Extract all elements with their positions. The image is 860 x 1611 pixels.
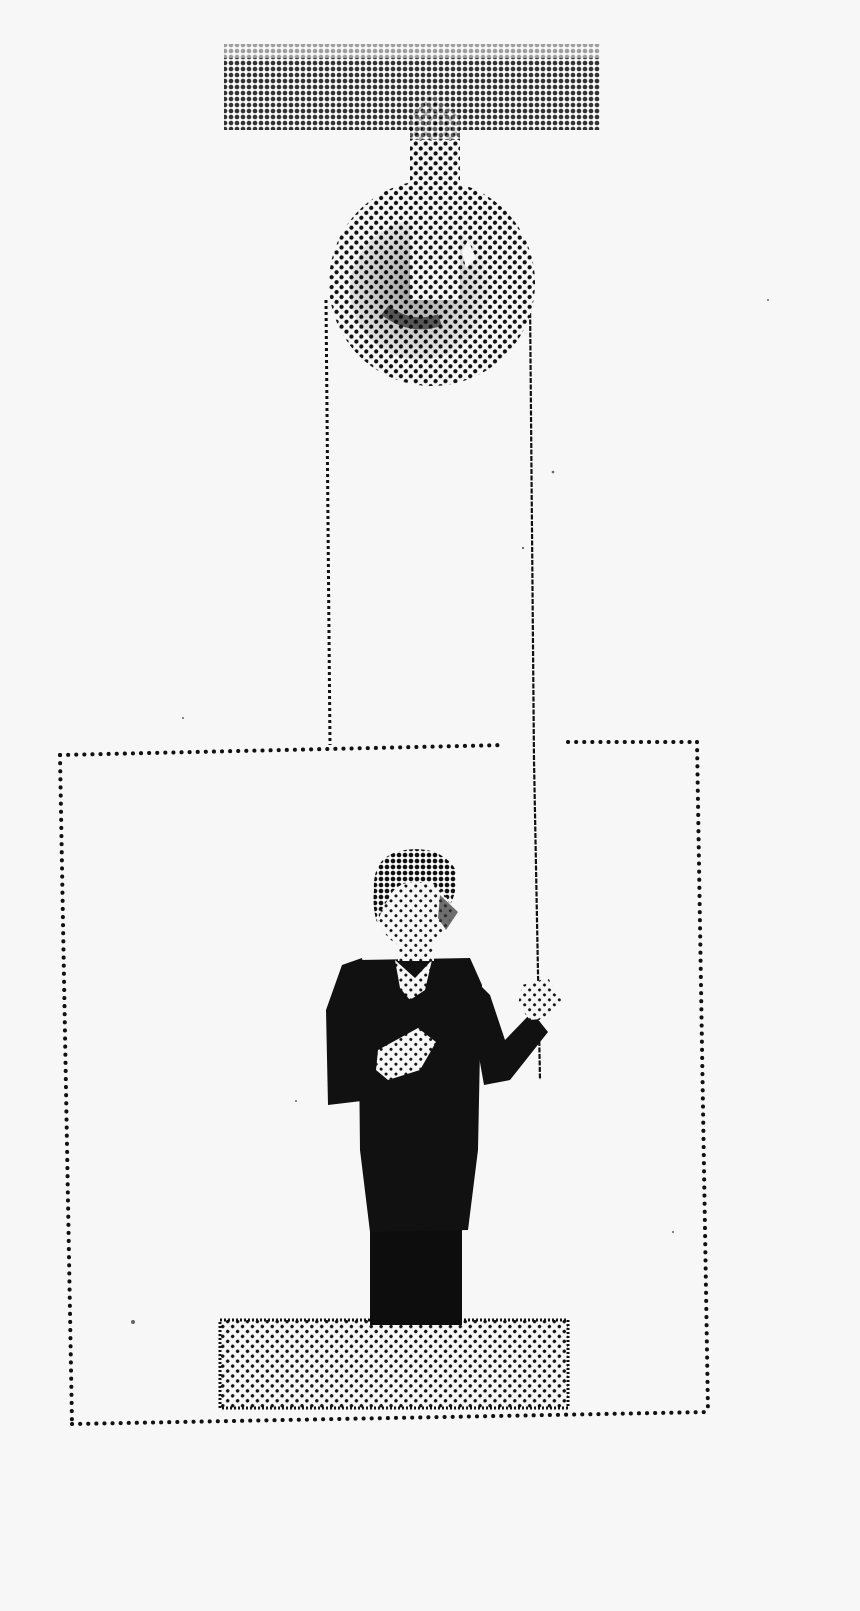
rope-right: [530, 300, 540, 1080]
pulley-illustration: [0, 0, 860, 1611]
person: [326, 849, 562, 1325]
rope-left: [326, 300, 330, 745]
pulley-bracket: [410, 92, 460, 300]
platform: [220, 1320, 568, 1408]
